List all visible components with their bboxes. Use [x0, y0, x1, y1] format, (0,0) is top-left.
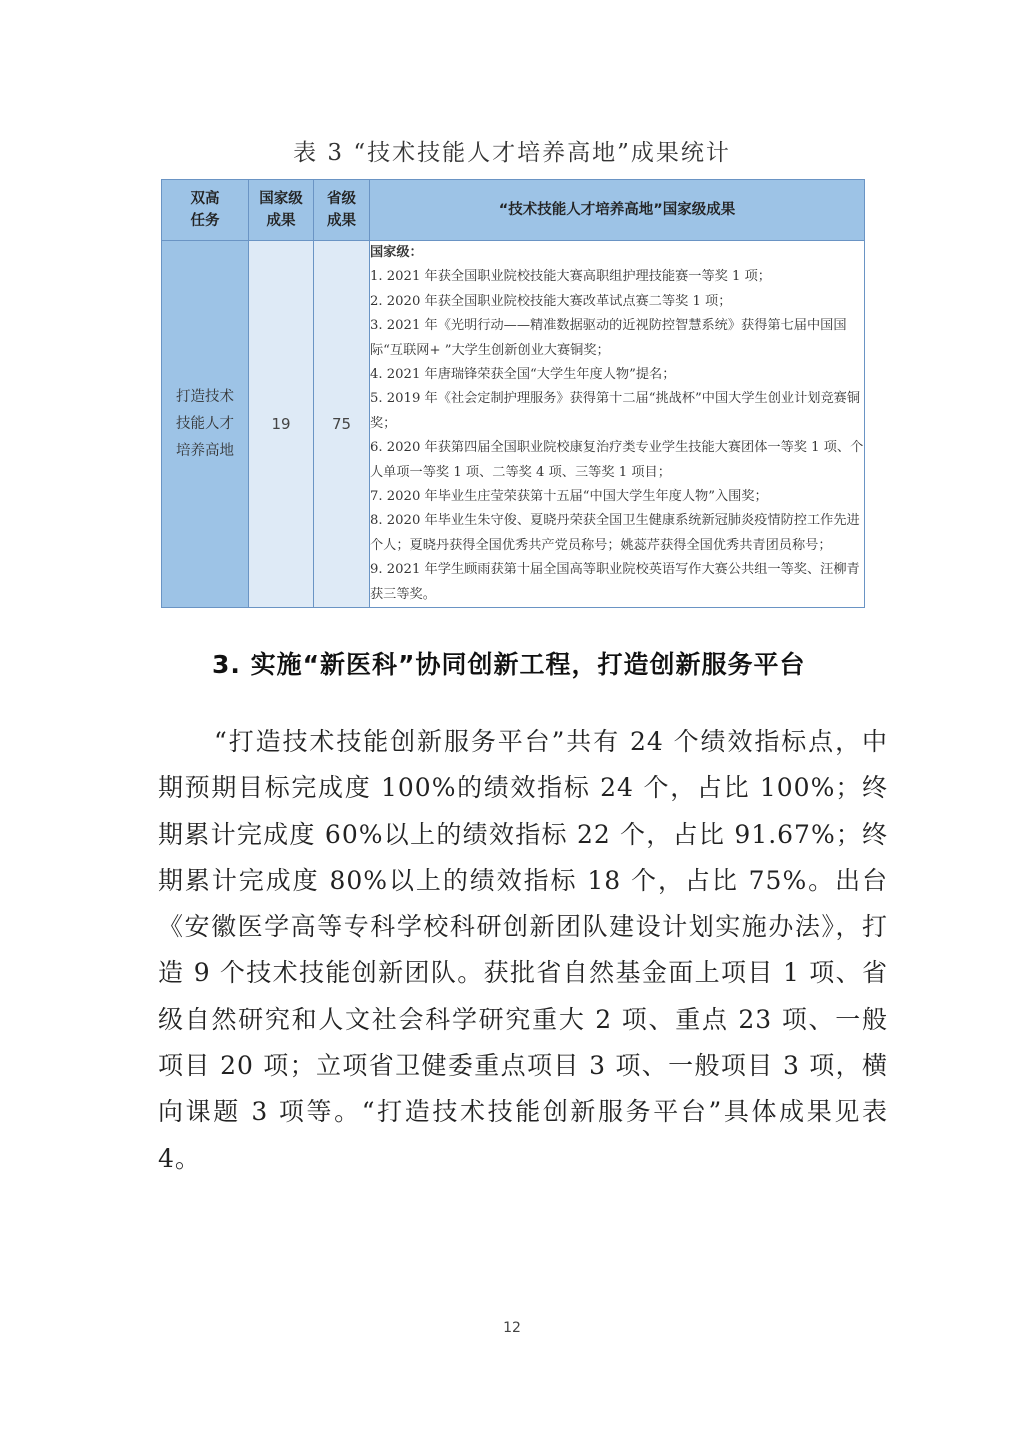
detail-item: 6. 2020 年获第四届全国职业院校康复治疗类专业学生技能大赛团体一等奖 1 …: [370, 436, 864, 485]
task-line: 打造技术: [162, 384, 248, 411]
task-line: 培养高地: [162, 438, 248, 465]
detail-heading: 国家级：: [370, 241, 864, 265]
header-national: 国家级 成果: [249, 180, 314, 241]
detail-item: 8. 2020 年毕业生朱守俊、夏晓丹荣获全国卫生健康系统新冠肺炎疫情防控工作先…: [370, 509, 864, 558]
header-national-line-1: 国家级: [249, 188, 313, 210]
achievement-table: 双高 任务 国家级 成果 省级 成果 “技术技能人才培养高地”国家级成果 打造技…: [161, 179, 865, 608]
header-task: 双高 任务: [162, 180, 249, 241]
task-line: 技能人才: [162, 411, 248, 438]
page-number: 12: [0, 1320, 1024, 1336]
detail-item: 1. 2021 年获全国职业院校技能大赛高职组护理技能赛一等奖 1 项；: [370, 265, 864, 289]
header-provincial: 省级 成果: [314, 180, 370, 241]
header-task-line-2: 任务: [162, 210, 248, 232]
header-task-line-1: 双高: [162, 188, 248, 210]
header-provincial-line-2: 成果: [314, 210, 369, 232]
table-caption: 表 3 “技术技能人才培养高地”成果统计: [0, 134, 1024, 167]
task-cell: 打造技术 技能人才 培养高地: [162, 241, 249, 608]
section-heading: 3. 实施“新医科”协同创新工程，打造创新服务平台: [212, 645, 805, 681]
detail-item: 7. 2020 年毕业生庄莹荣获第十五届“中国大学生年度人物”入围奖；: [370, 485, 864, 509]
detail-cell: 国家级： 1. 2021 年获全国职业院校技能大赛高职组护理技能赛一等奖 1 项…: [370, 241, 865, 608]
table-row: 打造技术 技能人才 培养高地 19 75 国家级： 1. 2021 年获全国职业…: [162, 241, 865, 608]
table-header-row: 双高 任务 国家级 成果 省级 成果 “技术技能人才培养高地”国家级成果: [162, 180, 865, 241]
provincial-count-cell: 75: [314, 241, 370, 608]
detail-item: 4. 2021 年唐瑞锋荣获全国“大学生年度人物”提名；: [370, 363, 864, 387]
body-paragraph: “打造技术技能创新服务平台”共有 24 个绩效指标点，中期预期目标完成度 100…: [158, 719, 888, 1182]
detail-item: 9. 2021 年学生顾雨获第十届全国高等职业院校英语写作大赛公共组一等奖、汪柳…: [370, 558, 864, 607]
detail-item: 2. 2020 年获全国职业院校技能大赛改革试点赛二等奖 1 项；: [370, 290, 864, 314]
header-detail: “技术技能人才培养高地”国家级成果: [370, 180, 865, 241]
header-national-line-2: 成果: [249, 210, 313, 232]
detail-item: 3. 2021 年《光明行动——精准数据驱动的近视防控智慧系统》获得第七届中国国…: [370, 314, 864, 363]
header-provincial-line-1: 省级: [314, 188, 369, 210]
national-count-cell: 19: [249, 241, 314, 608]
detail-item: 5. 2019 年《社会定制护理服务》获得第十二届“挑战杯”中国大学生创业计划竞…: [370, 387, 864, 436]
